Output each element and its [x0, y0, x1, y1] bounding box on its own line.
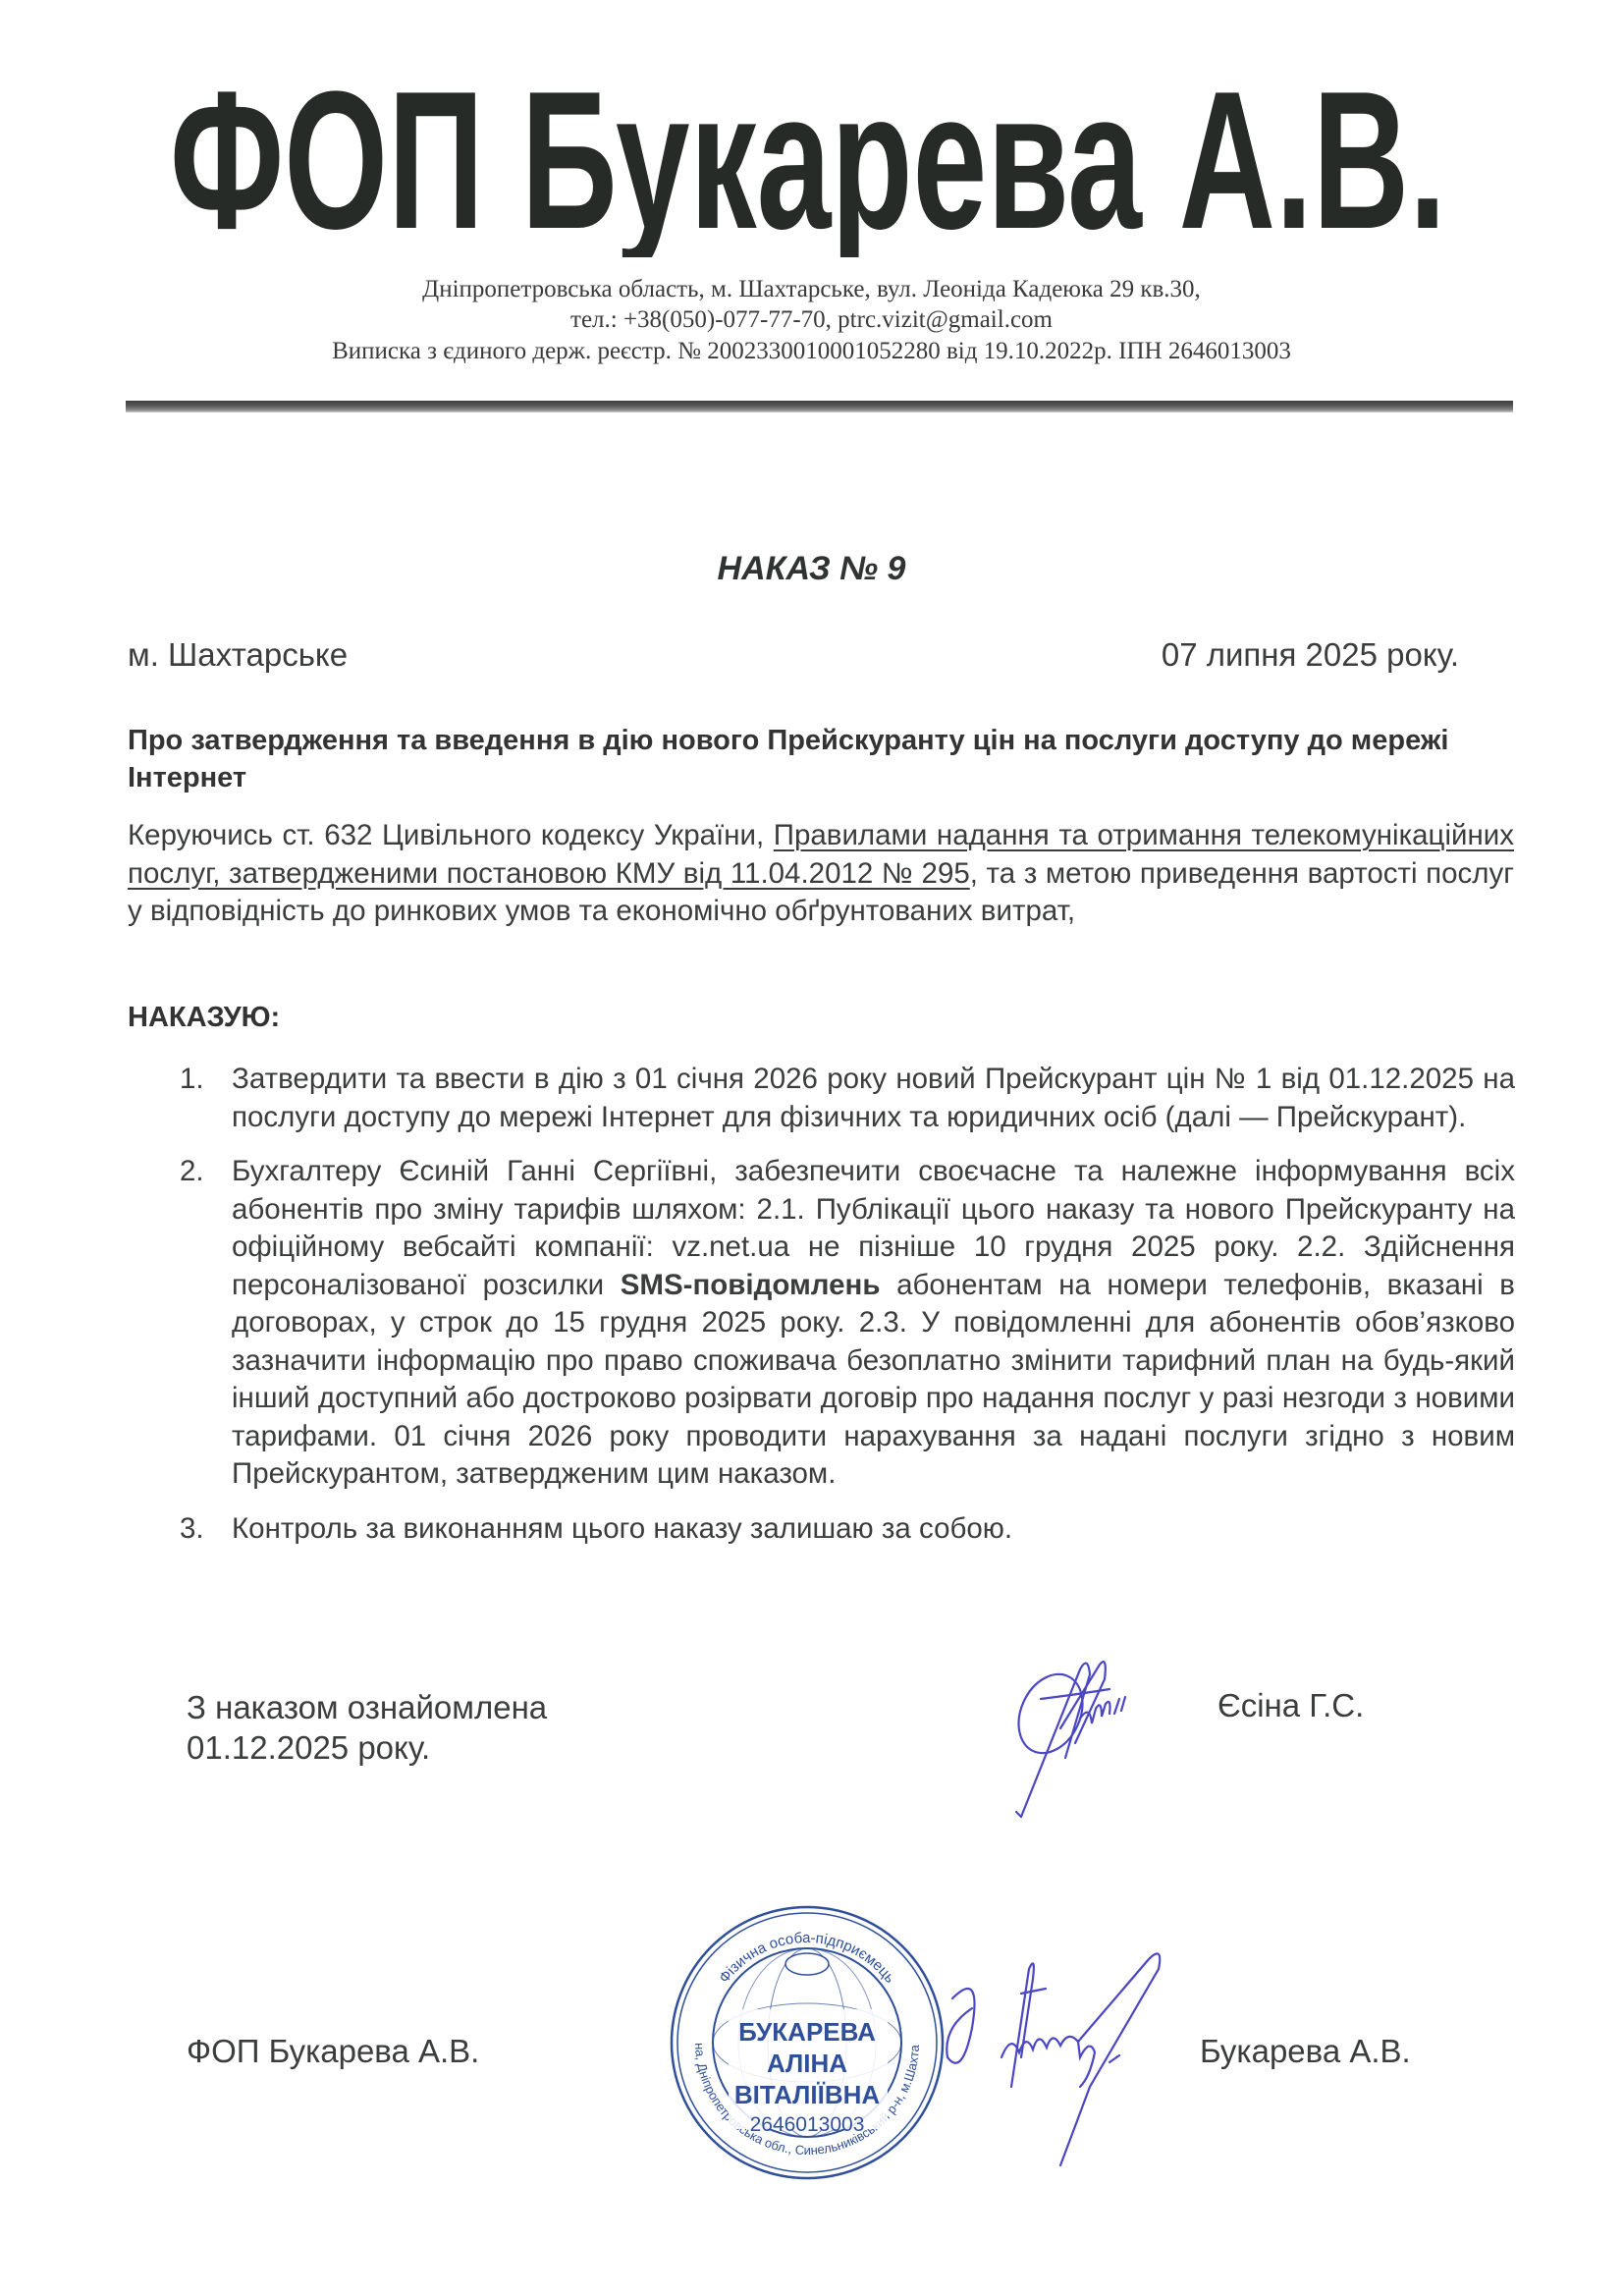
order-city: м. Шахтарське — [128, 636, 348, 674]
stamp-line3: ВІТАЛІЇВНА — [734, 2080, 881, 2109]
order-item-2: 2. Бухгалтеру Єсиній Ганні Сергіївні, за… — [180, 1153, 1515, 1494]
acknowledgement: З наказом ознайомлена 01.12.2025 року. — [187, 1687, 547, 1768]
preamble: Керуючись ст. 632 Цивільного кодексу Укр… — [128, 817, 1514, 931]
signatory-org: ФОП Букарева А.В. — [187, 2033, 479, 2070]
signature-director-icon — [943, 1940, 1198, 2175]
item-number: 3. — [180, 1510, 232, 1549]
item-number: 1. — [180, 1061, 232, 1136]
item-text: Затвердити та ввести в дію з 01 січня 20… — [232, 1061, 1515, 1136]
company-name: ФОП Букарева А.В. — [170, 51, 1446, 257]
signatory-name: Букарева А.В. — [1200, 2033, 1411, 2070]
item-text-bold: SMS-повідомлень — [621, 1269, 881, 1301]
acknowledgement-date: 01.12.2025 року. — [187, 1727, 547, 1768]
item-text: Бухгалтеру Єсиній Ганні Сергіївні, забез… — [232, 1153, 1515, 1494]
order-subject: Про затвердження та введення в дію новог… — [128, 722, 1517, 796]
order-item-1: 1. Затвердити та ввести в дію з 01 січня… — [180, 1061, 1515, 1136]
stamp-line2: АЛІНА — [767, 2049, 847, 2078]
letterhead-address: Дніпропетровська область, м. Шахтарське,… — [0, 276, 1623, 303]
acknowledgement-name: Єсіна Г.С. — [1217, 1687, 1364, 1724]
letterhead-logo: ФОП Букарева А.В. — [165, 51, 1451, 257]
letterhead-divider — [126, 401, 1513, 412]
order-items: 1. Затвердити та ввести в дію з 01 січня… — [180, 1061, 1515, 1564]
signature-accountant-icon — [982, 1650, 1159, 1846]
order-date: 07 липня 2025 року. — [1162, 636, 1459, 674]
letterhead-contacts: тел.: +38(050)-077-77-70, ptrc.vizit@gma… — [0, 306, 1623, 334]
stamp-code: 2646013003 — [750, 2113, 865, 2136]
command-label: НАКАЗУЮ: — [128, 1002, 280, 1034]
order-title: НАКАЗ № 9 — [0, 550, 1623, 588]
company-stamp-icon: Фізична особа-підприємець Україна, Дніпр… — [668, 1903, 947, 2183]
item-text: Контроль за виконанням цього наказу зали… — [232, 1510, 1515, 1549]
order-item-3: 3. Контроль за виконанням цього наказу з… — [180, 1510, 1515, 1549]
item-number: 2. — [180, 1153, 232, 1494]
item-text-part: абонентам на номери телефонів, вказані в… — [232, 1269, 1515, 1491]
preamble-part1: Керуючись ст. 632 Цивільного кодексу Укр… — [128, 819, 774, 851]
stamp-line1: БУКАРЕВА — [738, 2017, 876, 2047]
letterhead-registry: Виписка з єдиного держ. реєстр. № 200233… — [0, 338, 1623, 365]
acknowledgement-line1: З наказом ознайомлена — [187, 1687, 547, 1727]
